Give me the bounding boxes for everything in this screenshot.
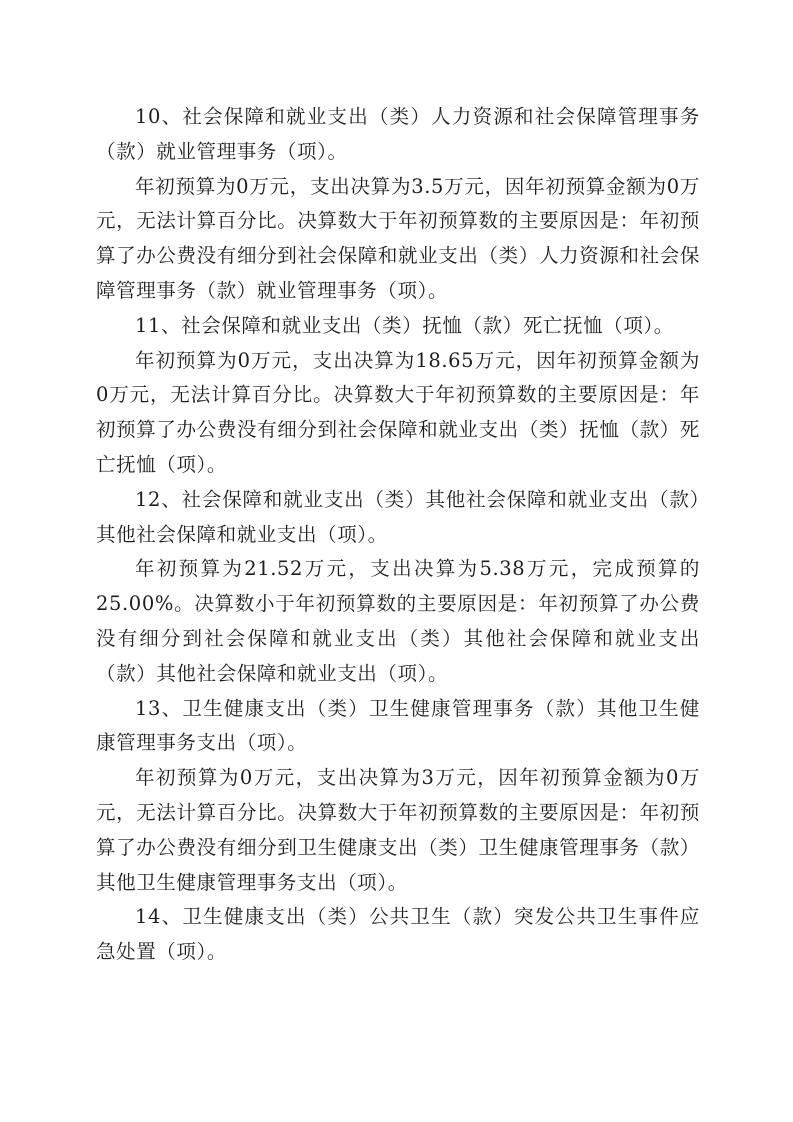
item-12-heading: 12、社会保障和就业支出（类）其他社会保障和就业支出（款）其他社会保障和就业支出… bbox=[96, 483, 700, 553]
item-11-body: 年初预算为0万元，支出决算为18.65万元，因年初预算金额为0万元，无法计算百分… bbox=[96, 344, 700, 483]
item-14-heading: 14、卫生健康支出（类）公共卫生（款）突发公共卫生事件应急处置（项）。 bbox=[96, 900, 700, 970]
item-10-heading: 10、社会保障和就业支出（类）人力资源和社会保障管理事务（款）就业管理事务（项）… bbox=[96, 100, 700, 170]
document-page: 10、社会保障和就业支出（类）人力资源和社会保障管理事务（款）就业管理事务（项）… bbox=[96, 100, 700, 970]
item-10-body: 年初预算为0万元，支出决算为3.5万元，因年初预算金额为0万元，无法计算百分比。… bbox=[96, 170, 700, 309]
item-11-heading: 11、社会保障和就业支出（类）抚恤（款）死亡抚恤（项）。 bbox=[96, 309, 700, 344]
item-12-body: 年初预算为21.52万元，支出决算为5.38万元，完成预算的25.00%。决算数… bbox=[96, 552, 700, 691]
item-13-heading: 13、卫生健康支出（类）卫生健康管理事务（款）其他卫生健康管理事务支出（项）。 bbox=[96, 692, 700, 762]
item-13-body: 年初预算为0万元，支出决算为3万元，因年初预算金额为0万元，无法计算百分比。决算… bbox=[96, 761, 700, 900]
